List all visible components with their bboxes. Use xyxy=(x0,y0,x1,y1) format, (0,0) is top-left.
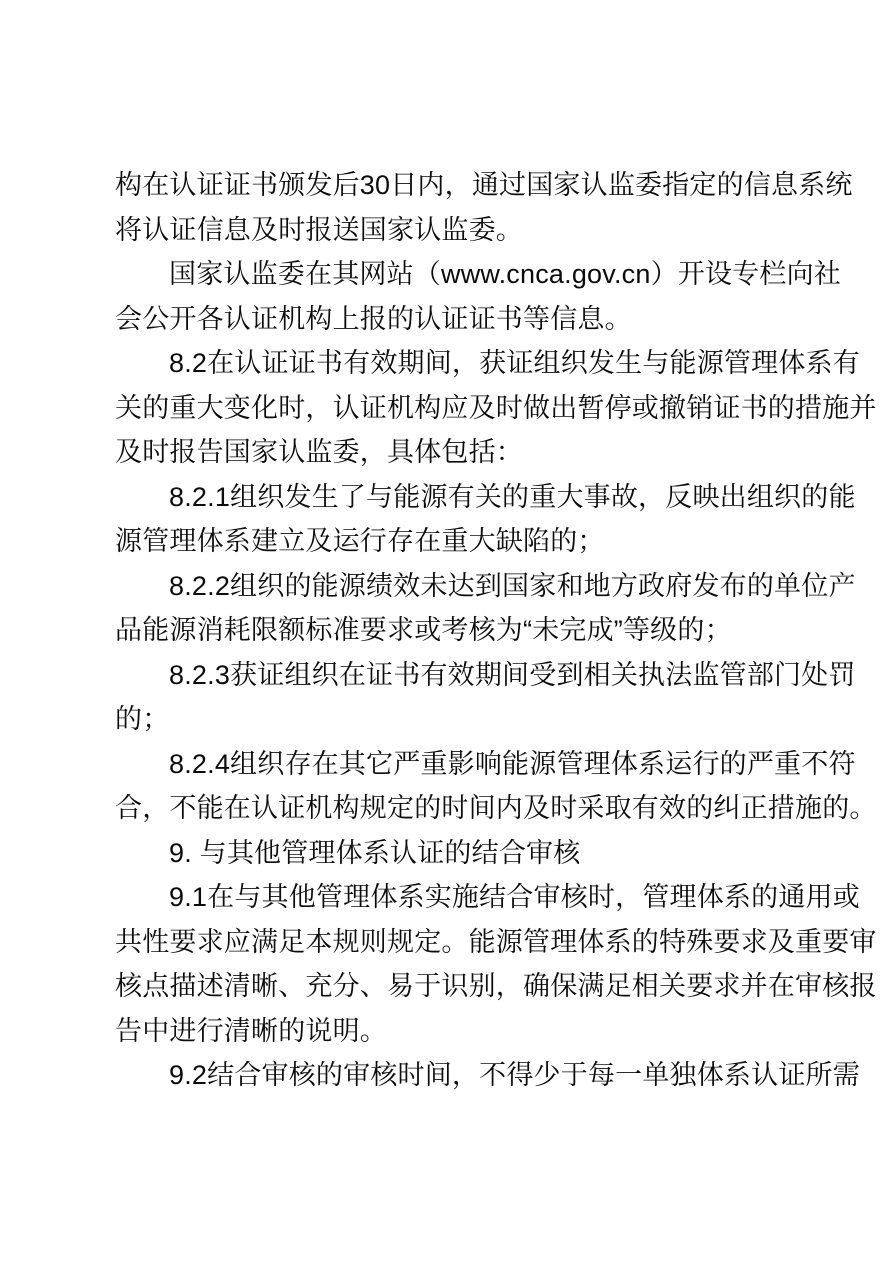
text-line: 8.2.3获证组织在证书有效期间受到相关执法监管部门处罚 xyxy=(115,653,805,698)
text-line: 8.2.1组织发生了与能源有关的重大事故，反映出组织的能 xyxy=(115,475,805,520)
text-line: 8.2.2组织的能源绩效未达到国家和地方政府发布的单位产 xyxy=(115,564,805,609)
text-line: 品能源消耗限额标准要求或考核为“未完成”等级的； xyxy=(115,608,805,653)
document-text-block: 构在认证证书颁发后30日内，通过国家认监委指定的信息系统 将认证信息及时报送国家… xyxy=(115,163,805,1098)
text-line: 8.2在认证证书有效期间，获证组织发生与能源管理体系有 xyxy=(115,341,805,386)
text-line: 8.2.4组织存在其它严重影响能源管理体系运行的严重不符 xyxy=(115,742,805,787)
text-line: 共性要求应满足本规则规定。能源管理体系的特殊要求及重要审 xyxy=(115,920,805,965)
text-line: 构在认证证书颁发后30日内，通过国家认监委指定的信息系统 xyxy=(115,163,805,208)
document-page: 构在认证证书颁发后30日内，通过国家认监委指定的信息系统 将认证信息及时报送国家… xyxy=(0,0,892,1262)
text-line: 告中进行清晰的说明。 xyxy=(115,1009,805,1054)
text-line: 国家认监委在其网站（www.cnca.gov.cn）开设专栏向社 xyxy=(115,252,805,297)
text-line: 会公开各认证机构上报的认证证书等信息。 xyxy=(115,297,805,342)
text-line: 9.1在与其他管理体系实施结合审核时，管理体系的通用或 xyxy=(115,875,805,920)
text-line: 核点描述清晰、充分、易于识别，确保满足相关要求并在审核报 xyxy=(115,964,805,1009)
text-line: 及时报告国家认监委，具体包括： xyxy=(115,430,805,475)
text-line: 9. 与其他管理体系认证的结合审核 xyxy=(115,831,805,876)
text-line: 合，不能在认证机构规定的时间内及时采取有效的纠正措施的。 xyxy=(115,786,805,831)
text-line: 关的重大变化时，认证机构应及时做出暂停或撤销证书的措施并 xyxy=(115,386,805,431)
text-line: 将认证信息及时报送国家认监委。 xyxy=(115,208,805,253)
text-line: 的； xyxy=(115,697,805,742)
text-line: 源管理体系建立及运行存在重大缺陷的； xyxy=(115,519,805,564)
text-line: 9.2结合审核的审核时间，不得少于每一单独体系认证所需 xyxy=(115,1053,805,1098)
